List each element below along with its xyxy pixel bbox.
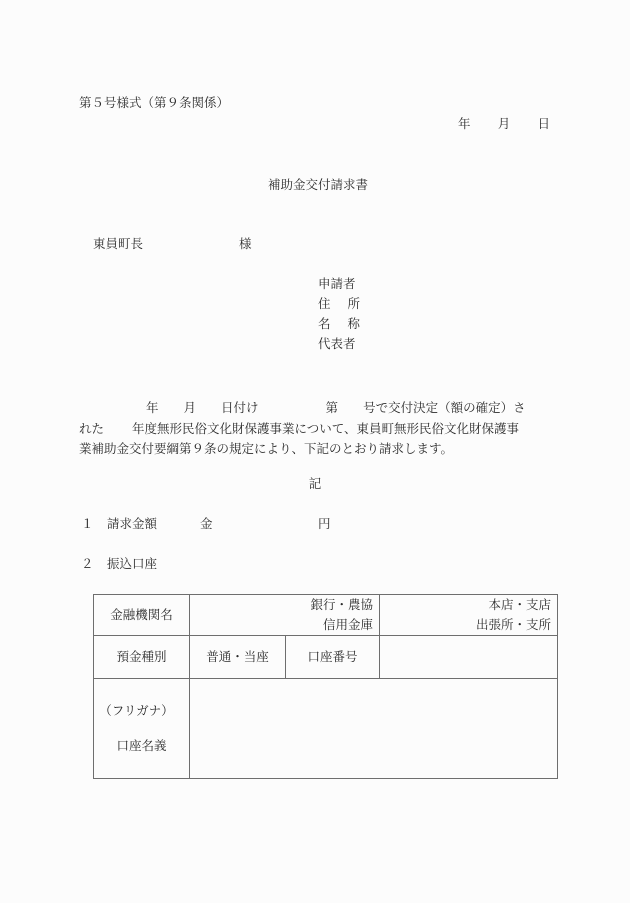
item-request-amount: １請求金額 (81, 518, 157, 531)
item-label: 請求金額 (107, 516, 157, 531)
body-dai: 第 (326, 400, 339, 415)
amount-suffix: 円 (318, 518, 331, 531)
ki-heading: 記 (309, 476, 322, 491)
item-label: 振込口座 (107, 556, 157, 571)
body-year: 年 (146, 400, 159, 415)
document-title-wrapper: 補助金交付請求書 (0, 179, 630, 192)
applicant-name-label: 名 称 (318, 318, 360, 331)
addressee-honorific: 様 (239, 238, 252, 251)
body-dated: 日付け (221, 400, 259, 415)
account-number-field[interactable] (380, 636, 558, 679)
applicant-address-label: 住 所 (318, 298, 360, 311)
branch-type-options-1: 本店・支店 (380, 595, 551, 615)
deposit-type-field[interactable]: 普通・当座 (190, 636, 286, 679)
deposit-type-label: 預金種別 (94, 636, 190, 679)
account-holder-label-cell: （フリガナ） 口座名義 (94, 679, 190, 779)
body-month: 月 (184, 400, 197, 415)
bank-type-options-1: 銀行・農協 (190, 595, 373, 615)
account-number-label: 口座番号 (286, 636, 380, 679)
account-holder-field[interactable] (190, 679, 558, 779)
addressee-name: 東員町長 (93, 238, 143, 251)
amount-prefix: 金 (200, 518, 213, 531)
ki-heading-wrapper: 記 (0, 478, 630, 491)
address-char-1: 住 (318, 298, 331, 311)
applicant-representative-label: 代表者 (318, 338, 356, 351)
body-paragraph: 年月日付け第号で交付決定（額の確定）さ れた年度無形民俗文化財保護事業について、… (79, 398, 557, 460)
body-line1-rest: 号で交付決定（額の確定）さ (363, 400, 526, 415)
bank-name-field[interactable]: 銀行・農協 信用金庫 (190, 595, 380, 636)
body-line-1: 年月日付け第号で交付決定（額の確定）さ (79, 398, 557, 419)
item-transfer-account: ２振込口座 (81, 558, 157, 571)
form-number: 第５号様式（第９条関係） (79, 97, 229, 110)
bank-type-options-2: 信用金庫 (190, 615, 373, 635)
table-row-holder: （フリガナ） 口座名義 (94, 679, 558, 779)
body-line-3: 業補助金交付要綱第９条の規定により、下記のとおり請求します。 (79, 439, 557, 460)
item-number: １ (81, 518, 107, 531)
branch-type-options-2: 出張所・支所 (380, 615, 551, 635)
document-title: 補助金交付請求書 (268, 179, 368, 192)
date-month-label: 月 (498, 118, 511, 131)
account-holder-label: 口座名義 (116, 738, 166, 753)
name-char-1: 名 (318, 318, 331, 331)
name-char-2: 称 (347, 318, 360, 331)
address-char-2: 所 (347, 298, 360, 311)
applicant-label: 申請者 (318, 278, 356, 291)
body-line2-rest: 年度無形民俗文化財保護事業について、東員町無形民俗文化財保護事 (132, 421, 519, 436)
furigana-label: （フリガナ） (84, 705, 189, 718)
table-row-bank: 金融機関名 銀行・農協 信用金庫 本店・支店 出張所・支所 (94, 595, 558, 636)
item-number: ２ (81, 558, 107, 571)
account-table: 金融機関名 銀行・農協 信用金庫 本店・支店 出張所・支所 預金種別 普通・当座… (93, 594, 558, 779)
bank-name-label: 金融機関名 (94, 595, 190, 636)
branch-name-field[interactable]: 本店・支店 出張所・支所 (380, 595, 558, 636)
date-year-label: 年 (458, 118, 471, 131)
body-line-2: れた年度無形民俗文化財保護事業について、東員町無形民俗文化財保護事 (79, 419, 557, 440)
date-line: 年 月 日 (458, 118, 550, 131)
body-line2-start: れた (79, 421, 104, 436)
table-row-deposit: 預金種別 普通・当座 口座番号 (94, 636, 558, 679)
date-day-label: 日 (537, 118, 550, 131)
